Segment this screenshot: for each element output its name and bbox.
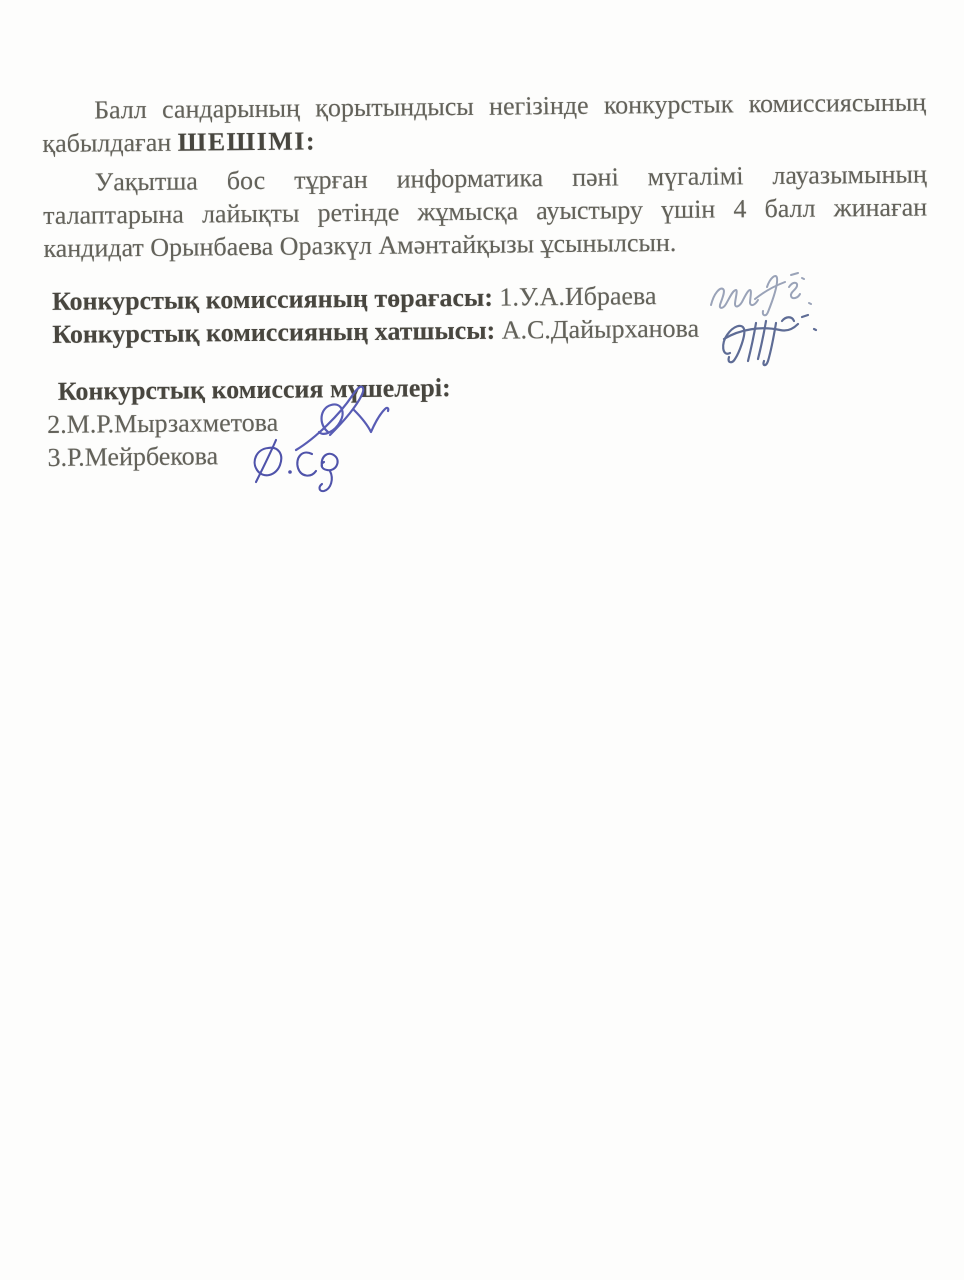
document-text: Балл сандарының қорытындысы негізінде ко… — [42, 86, 930, 474]
chairman-name: 1.У.А.Ибраева — [493, 281, 657, 312]
officials-block: Конкурстық комиссияның төрағасы: 1.У.А.И… — [52, 277, 929, 351]
secretary-label: Конкурстық комиссияның хатшысы: — [52, 316, 495, 349]
chairman-label: Конкурстық комиссияның төрағасы: — [52, 283, 493, 316]
secretary-name: А.С.Дайырханова — [495, 314, 699, 345]
paragraph-decision-intro: Балл сандарының қорытындысы негізінде ко… — [42, 86, 927, 160]
text-line: қабылдаған ШЕШІМІ: — [42, 119, 926, 160]
paragraph-decision-body: Уақытша бос тұрған информатика пәні мүга… — [43, 158, 928, 265]
decision-heading: ШЕШІМІ: — [178, 126, 317, 156]
members-label: Конкурстық комиссия мүшелері: — [58, 373, 451, 406]
scanned-document-page: Балл сандарының қорытындысы негізінде ко… — [0, 0, 964, 1280]
secretary-row: Конкурстық комиссияның хатшысы: А.С.Дайы… — [52, 310, 928, 351]
members-block: Конкурстық комиссия мүшелері: 2.М.Р.Мырз… — [45, 367, 930, 474]
member-row: 3.Р.Мейрбекова — [47, 432, 929, 473]
text-line: кандидат Орынбаева Оразкүл Амәнтайқызы ұ… — [43, 224, 927, 265]
text-segment: қабылдаған — [42, 128, 178, 158]
